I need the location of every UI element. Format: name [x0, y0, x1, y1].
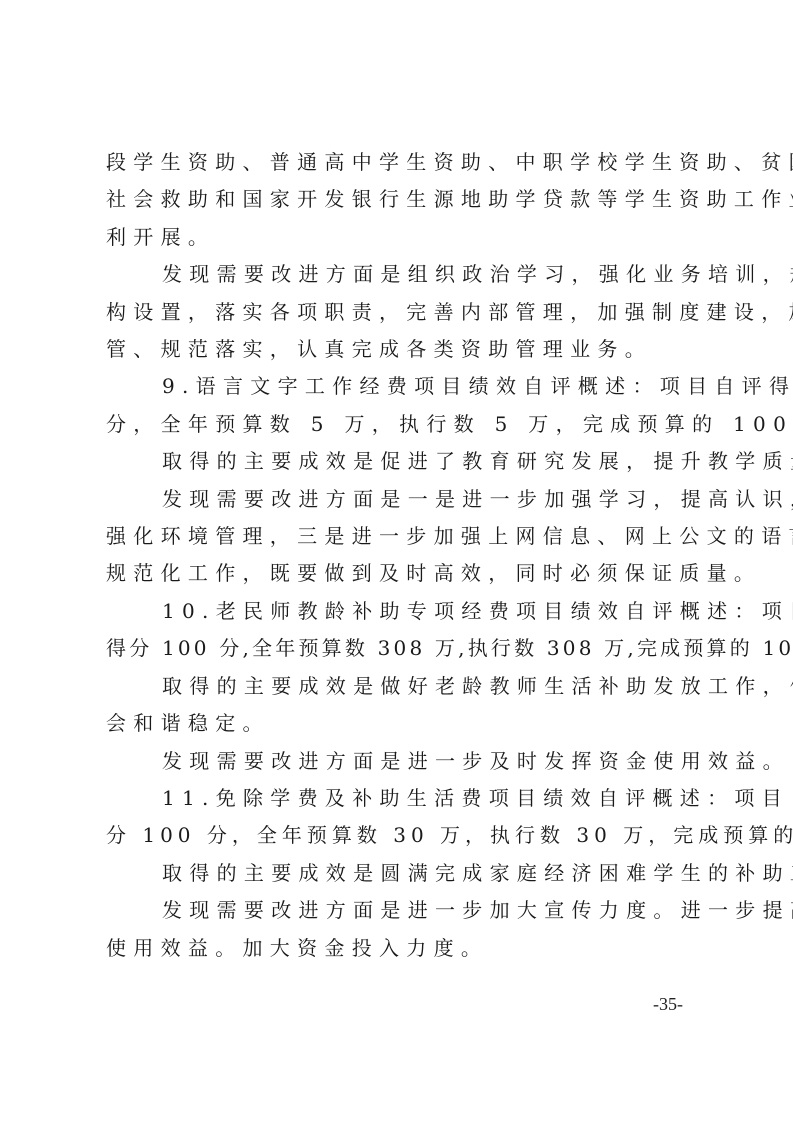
text-line: 取得的主要成效是圆满完成家庭经济困难学生的补助工作。: [106, 855, 696, 892]
text-line: 构设置，落实各项职责，完善内部管理，加强制度建设，加强监: [106, 294, 696, 331]
text-line: 得分 100 分,全年预算数 308 万,执行数 308 万,完成预算的 100…: [106, 630, 696, 667]
text-line: 发现需要改进方面是一是进一步加强学习，提高认识，二是: [106, 481, 696, 518]
text-line: 利开展。: [106, 219, 696, 256]
text-line: 发现需要改进方面是组织政治学习，强化业务培训，规范机: [106, 256, 696, 293]
text-line: 取得的主要成效是促进了教育研究发展，提升教学质量。: [106, 443, 696, 480]
text-line: 发现需要改进方面是进一步及时发挥资金使用效益。: [106, 743, 696, 780]
text-line: 管、规范落实，认真完成各类资助管理业务。: [106, 331, 696, 368]
text-line: 使用效益。加大资金投入力度。: [106, 930, 696, 967]
text-line: 规范化工作，既要做到及时高效，同时必须保证质量。: [106, 555, 696, 592]
section-9-heading-line: 9.语言文字工作经费项目绩效自评概述：项目自评得分 100: [106, 368, 696, 405]
section-11-heading-line: 11.免除学费及补助生活费项目绩效自评概述：项目自评得: [106, 780, 696, 817]
text-line: 取得的主要成效是做好老龄教师生活补助发放工作，促进社: [106, 668, 696, 705]
document-page: 段学生资助、普通高中学生资助、中职学校学生资助、贫困学生 社会救助和国家开发银行…: [0, 0, 793, 1122]
text-line: 分 100 分，全年预算数 30 万，执行数 30 万，完成预算的 100%。: [106, 817, 696, 854]
text-line: 社会救助和国家开发银行生源地助学贷款等学生资助工作业务顺: [106, 181, 696, 218]
text-line: 强化环境管理，三是进一步加强上网信息、网上公文的语言文字: [106, 518, 696, 555]
section-10-heading-line: 10.老民师教龄补助专项经费项目绩效自评概述：项目自评: [106, 593, 696, 630]
text-line: 段学生资助、普通高中学生资助、中职学校学生资助、贫困学生: [106, 144, 696, 181]
text-line: 分，全年预算数 5 万，执行数 5 万，完成预算的 100%。: [106, 406, 696, 443]
text-line: 会和谐稳定。: [106, 705, 696, 742]
text-line: 发现需要改进方面是进一步加大宣传力度。进一步提高资金: [106, 892, 696, 929]
body-text: 段学生资助、普通高中学生资助、中职学校学生资助、贫困学生 社会救助和国家开发银行…: [106, 144, 696, 967]
page-number: -35-: [653, 994, 683, 1015]
